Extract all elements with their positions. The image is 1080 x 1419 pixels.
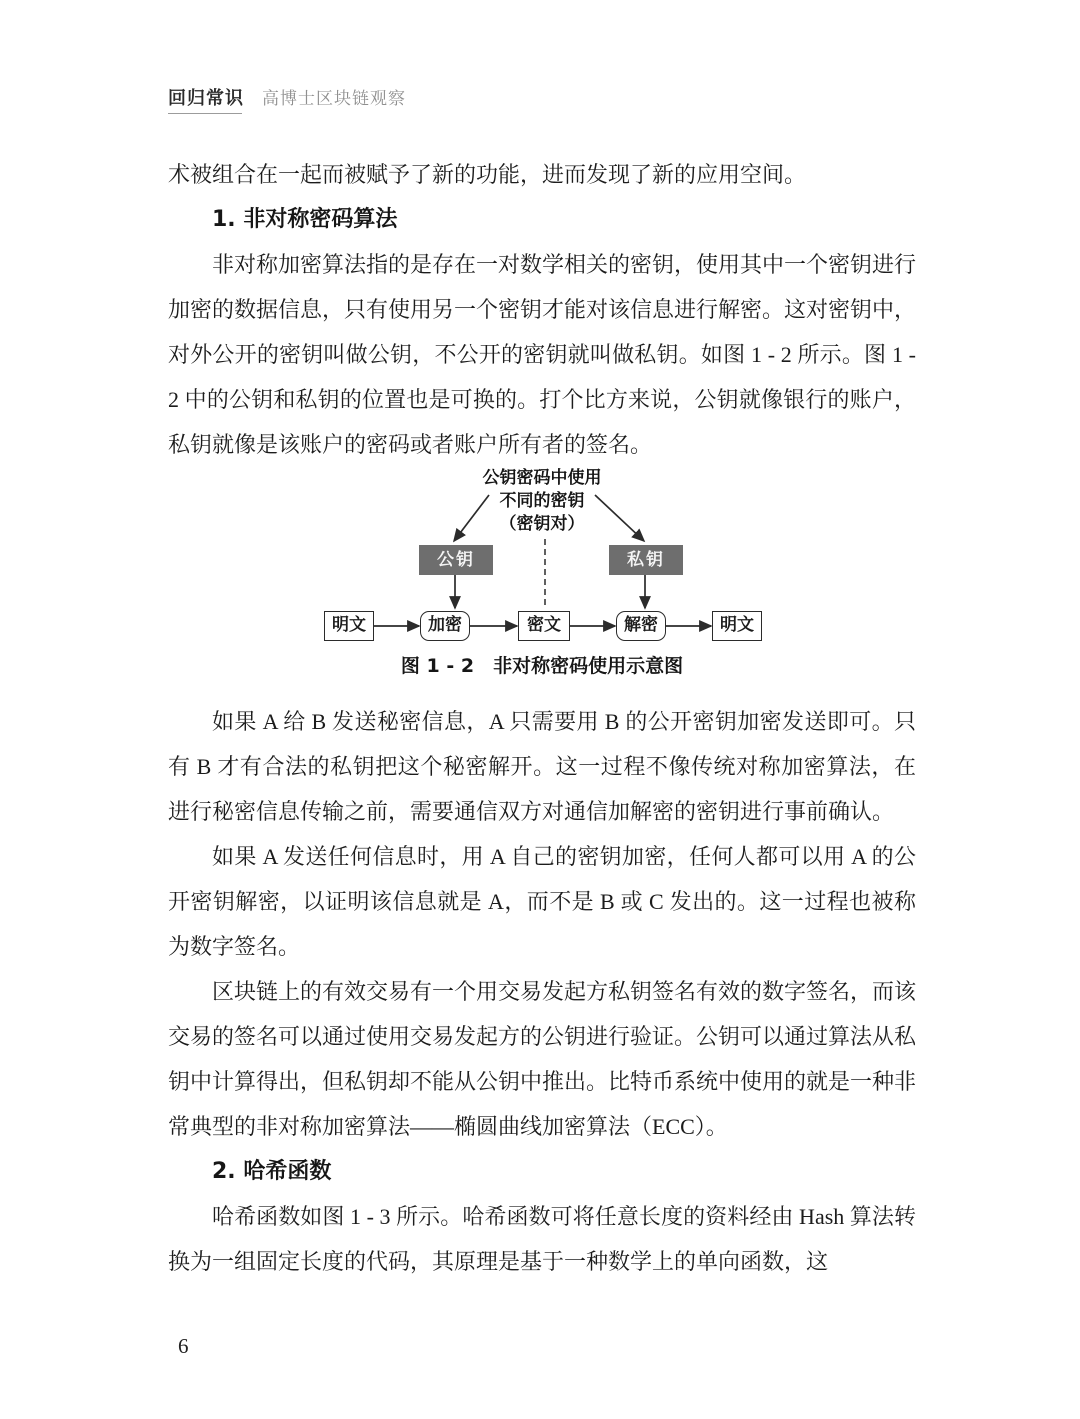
plaintext-right-box: 明文	[712, 611, 762, 641]
figure-top-label-line1: 公钥密码中使用	[307, 467, 777, 490]
figure-top-label-line2: 不同的密钥	[307, 490, 777, 513]
section-heading-2: 2. 哈希函数	[168, 1149, 916, 1194]
book-subtitle: 高博士区块链观察	[262, 84, 406, 109]
paragraph-3: 如果 A 发送任何信息时，用 A 自己的密钥加密，任何人都可以用 A 的公开密钥…	[168, 834, 916, 969]
page-number: 6	[178, 1334, 189, 1359]
ciphertext-box: 密文	[518, 611, 570, 641]
paragraph-1: 非对称加密算法指的是存在一对数学相关的密钥，使用其中一个密钥进行加密的数据信息，…	[168, 242, 916, 467]
paragraph-2: 如果 A 给 B 发送秘密信息，A 只需要用 B 的公开密钥加密发送即可。只有 …	[168, 699, 916, 834]
book-title: 回归常识	[168, 84, 244, 110]
header-underline	[168, 113, 242, 114]
paragraph-4: 区块链上的有效交易有一个用交易发起方私钥签名有效的数字签名，而该交易的签名可以通…	[168, 969, 916, 1149]
decrypt-box: 解密	[616, 611, 666, 641]
paragraph-5: 哈希函数如图 1 - 3 所示。哈希函数可将任意长度的资料经由 Hash 算法转…	[168, 1194, 916, 1284]
figure-top-label-line3: （密钥对）	[307, 513, 777, 536]
public-key-box: 公钥	[419, 545, 493, 575]
section-heading-1: 1. 非对称密码算法	[168, 197, 916, 242]
figure-caption: 图 1 - 2 非对称密码使用示意图	[307, 651, 777, 678]
book-page: 回归常识 高博士区块链观察 术被组合在一起而被赋予了新的功能，进而发现了新的应用…	[0, 0, 1080, 1419]
paragraph-continued: 术被组合在一起而被赋予了新的功能，进而发现了新的应用空间。	[168, 152, 916, 197]
text-column: 术被组合在一起而被赋予了新的功能，进而发现了新的应用空间。 1. 非对称密码算法…	[168, 152, 916, 1284]
figure-1-2: 公钥密码中使用 不同的密钥 （密钥对） 公钥 私钥 明文 加密 密文 解密 明文…	[307, 467, 777, 699]
plaintext-left-box: 明文	[324, 611, 374, 641]
page-header: 回归常识 高博士区块链观察	[168, 84, 406, 110]
private-key-box: 私钥	[609, 545, 683, 575]
encrypt-box: 加密	[420, 611, 470, 641]
figure-top-label: 公钥密码中使用 不同的密钥 （密钥对）	[307, 467, 777, 536]
